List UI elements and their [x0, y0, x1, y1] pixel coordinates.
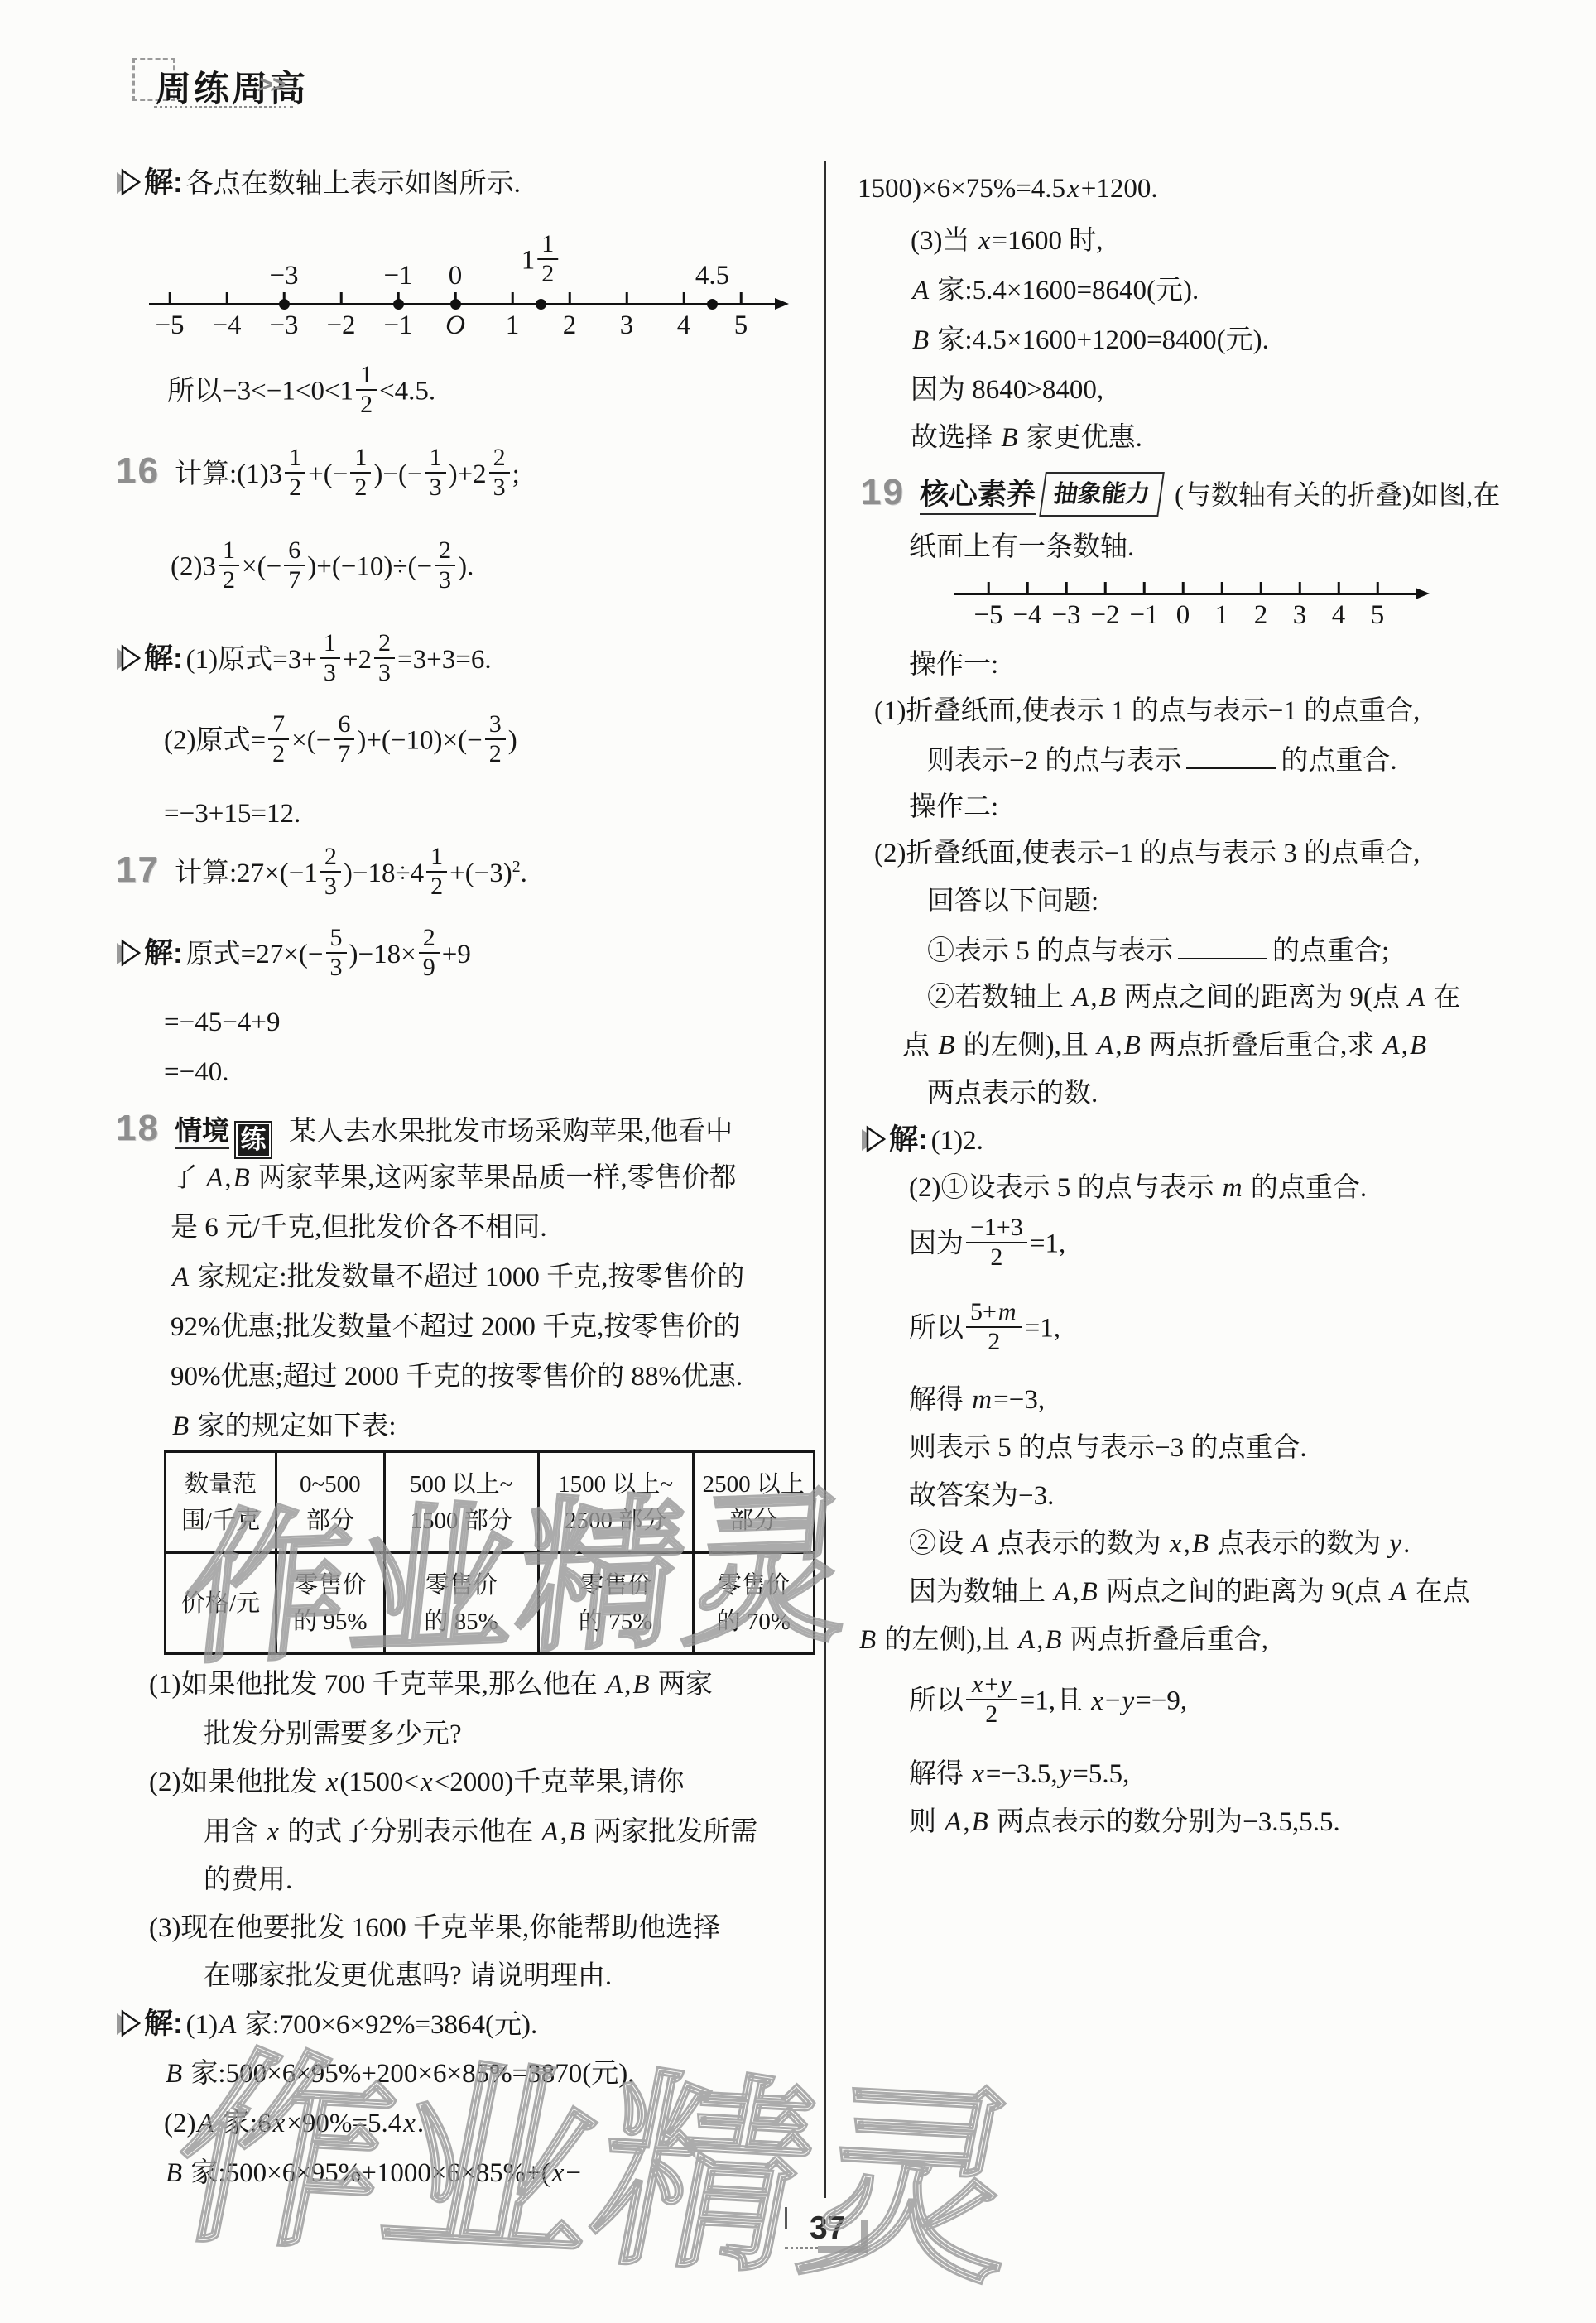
math-var: m: [997, 1298, 1018, 1325]
solution-16-step1: 解:(1)原式=3+13+223=3+3=6.: [116, 632, 492, 690]
problem-18-text: 90%优惠;超过 2000 千克的按零售价的 88%优惠.: [171, 1358, 743, 1396]
tick-label: 3: [620, 310, 634, 341]
table-cell-line: 的 75%: [543, 1604, 689, 1640]
math-var: y: [1120, 1686, 1136, 1716]
math-var: x: [977, 226, 993, 256]
problem-17-heading: 17计算:27×(−123)−18÷412+(−3)2.: [116, 846, 527, 904]
tick-mark: [988, 582, 990, 593]
math-var: x: [401, 2109, 417, 2138]
math-var: B: [164, 2059, 184, 2089]
solution-arrow-icon: [116, 2006, 141, 2044]
tick-label: −2: [1090, 600, 1119, 631]
table-cell-line: 2500 以上: [698, 1466, 810, 1503]
math-var: A: [218, 2010, 238, 2040]
tick-mark: [1377, 582, 1379, 593]
solution-18-continued: A 家:5.4×1600=8640(元).: [911, 272, 1199, 310]
tick-mark: [1182, 582, 1185, 593]
fraction: 12: [219, 536, 239, 594]
solution-18-step4: B 家:500×6×95%+1000×6×85%+(x−: [164, 2154, 581, 2192]
table-cell-line: 的 95%: [281, 1604, 379, 1640]
tick-mark: [1338, 582, 1340, 593]
math-var: y: [1058, 1759, 1074, 1789]
fraction: 72: [268, 710, 289, 768]
table-cell: 零售价的 70%: [693, 1553, 814, 1654]
solution-arrow-icon: [116, 935, 141, 974]
math-var: B: [631, 1670, 651, 1700]
problem-16-line2: (2)312×(−67)+(−10)÷(−23).: [171, 540, 474, 598]
math-var: m: [970, 1385, 993, 1415]
table-cell-line: 零售价: [543, 1567, 689, 1604]
problem-18-text: A 家规定:批发数量不超过 1000 千克,按零售价的: [171, 1258, 744, 1296]
tick-label: −3: [1051, 600, 1080, 631]
tick-label: −4: [212, 310, 241, 341]
problem-number: 19: [861, 472, 905, 512]
tick-label: 4: [1332, 600, 1346, 631]
math-var: x: [419, 1767, 435, 1797]
tick-mark: [740, 292, 743, 303]
math-var: A: [540, 1817, 560, 1847]
fraction: x+y2: [966, 1671, 1017, 1729]
math-var: B: [232, 1163, 252, 1193]
tick-label: −5: [973, 600, 1002, 631]
problem-18-text: B 家的规定如下表:: [171, 1407, 397, 1445]
solution-17-step2: =−45−4+9: [164, 1003, 280, 1041]
footer-bracket-left: [785, 2207, 787, 2229]
page-number: 37: [810, 2210, 845, 2247]
question-1-line: (1)如果他批发 700 千克苹果,那么他在 A,B 两家: [149, 1666, 713, 1704]
problem-19-heading: 19核心素养抽象能力(与数轴有关的折叠)如图,在: [861, 472, 1500, 517]
solution-18-continued: (3)当 x=1600 时,: [911, 222, 1103, 260]
math-var: A: [604, 1670, 624, 1700]
solution-18-step1: 解:(1)A 家:700×6×92%=3864(元).: [116, 2005, 537, 2044]
problem-number: 18: [116, 1108, 160, 1148]
problem-statement: 某人去水果批发市场采购苹果,他看中: [289, 1117, 733, 1147]
tick-mark: [626, 292, 628, 303]
tick-label: 0: [1176, 600, 1190, 631]
problem-16-heading: 16计算:(1)312+(−12)−(−13)+223;: [116, 447, 520, 505]
axis-line: [954, 593, 1417, 595]
point-dot: [536, 299, 546, 310]
problem-18-text: 是 6 元/千克,但批发价各不相同.: [171, 1209, 547, 1247]
solution-19-step: 因为−1+32=1,: [909, 1217, 1065, 1275]
fraction: 13: [425, 444, 446, 502]
core-literacy-badge: 核心素养: [920, 479, 1036, 515]
math-var: B: [911, 325, 930, 355]
tick-mark: [1104, 582, 1107, 593]
point-label: −3: [269, 261, 298, 291]
practice-badge: 练: [234, 1121, 272, 1159]
problem-statement: (与数轴有关的折叠)如图,在: [1175, 481, 1500, 511]
tick-label: 4: [677, 310, 691, 341]
problem-statement: 计算:27×(−123)−18÷412+(−3)2.: [175, 858, 527, 888]
math-var: x: [970, 1671, 984, 1698]
problem-18-text: 了 A,B 两家苹果,这两家苹果品质一样,零售价都: [171, 1159, 737, 1197]
solution-text: (1)A 家:700×6×92%=3864(元).: [186, 2010, 538, 2040]
table-cell-line: 围/千克: [170, 1503, 272, 1539]
math-var: x: [1168, 1529, 1184, 1559]
math-var: B: [1098, 983, 1118, 1012]
answer-blank: [1186, 740, 1276, 769]
fraction: 67: [284, 536, 305, 594]
question-3-line: (3)现在他要批发 1600 千克苹果,你能帮助他选择: [149, 1909, 720, 1947]
table-cell: 零售价的 95%: [276, 1553, 384, 1654]
math-var: y: [998, 1671, 1012, 1698]
problem-number: 17: [116, 849, 160, 890]
solution-19-step: 则表示 5 的点与表示−3 的点重合.: [909, 1429, 1307, 1467]
table-row: 价格/元 零售价的 95% 零售价的 85% 零售价的 75% 零售价的 70%: [166, 1553, 815, 1654]
table-cell: 0~500部分: [276, 1452, 384, 1553]
workbook-page: 周练周高 >> 作业精灵 作业精灵 解:各点在数轴上表示如图所示. −5−4−3…: [0, 0, 1596, 2323]
scene-badge: 情境: [175, 1115, 229, 1149]
tick-label: −3: [269, 310, 298, 341]
math-var: B: [858, 1625, 877, 1655]
math-var: B: [1190, 1529, 1210, 1559]
fraction: 12: [350, 444, 371, 502]
math-var: A: [1406, 983, 1426, 1012]
solution-19-step1: 解:(1)2.: [861, 1121, 983, 1160]
math-var: O: [444, 310, 467, 340]
page-footer: 37: [785, 2207, 866, 2253]
point-dot: [707, 299, 718, 310]
question-2-line: (2)如果他批发 x(1500<x<2000)千克苹果,请你: [149, 1763, 685, 1801]
tick-label: 5: [1371, 600, 1385, 631]
tick-mark: [1299, 582, 1301, 593]
solution-19-step: 所以5+m2=1,: [909, 1301, 1060, 1359]
math-var: x: [272, 2109, 287, 2138]
tick-mark: [569, 292, 571, 303]
math-var: A: [171, 1262, 190, 1292]
right-column: 1500)×6×75%=4.5x+1200. (3)当 x=1600 时, A …: [861, 0, 1573, 2323]
tick-mark: [169, 292, 171, 303]
solution-text: (1)2.: [931, 1126, 983, 1156]
table-cell-line: 数量范: [170, 1466, 272, 1503]
solution-text: 原式=27×(−53)−18×29+9: [186, 940, 471, 969]
tick-mark: [226, 292, 228, 303]
fraction: 29: [419, 924, 440, 982]
fraction: −1+32: [966, 1214, 1027, 1272]
answer-blank: [1178, 931, 1267, 959]
point-label: 112: [522, 233, 561, 291]
tick-mark: [1065, 582, 1068, 593]
solution-18-continued: 故选择 B 家更优惠.: [911, 419, 1142, 457]
tick-label: O: [444, 310, 467, 341]
solution-18-step3: (2)A 家:6x×90%=5.4x.: [164, 2104, 424, 2143]
tick-mark: [1260, 582, 1262, 593]
solution-arrow-icon: [861, 1122, 886, 1160]
solution-label: 解:: [144, 937, 183, 969]
question-line: 回答以下问题:: [927, 883, 1098, 921]
tick-mark: [340, 292, 343, 303]
tick-label: −1: [383, 310, 412, 341]
math-var: x: [265, 1817, 281, 1847]
math-var: B: [1408, 1031, 1428, 1060]
question-line: 则表示−2 的点与表示的点重合.: [927, 740, 1397, 780]
operation-2-label: 操作二:: [909, 788, 998, 826]
math-var: B: [164, 2158, 184, 2188]
footer-gray-corner: [818, 2246, 868, 2253]
tick-label: −2: [326, 310, 355, 341]
solution-19-step: 因为数轴上 A,B 两点之间的距离为 9(点 A 在点: [909, 1573, 1470, 1611]
solution-19-step: 解得 m=−3,: [909, 1381, 1045, 1419]
price-table: 数量范围/千克 0~500部分 500 以上~1500 部分 1500 以上~2…: [164, 1450, 815, 1655]
axis-line: [149, 303, 776, 305]
question-line: (2)折叠纸面,使表示−1 的点与表示 3 的点重合,: [874, 834, 1420, 873]
solution-16-step3: =−3+15=12.: [164, 795, 300, 833]
fraction: 5+m2: [966, 1298, 1022, 1356]
fraction: 23: [435, 536, 455, 594]
solution-text: (1)原式=3+13+223=3+3=6.: [186, 645, 492, 675]
solution-arrow-icon: [116, 641, 141, 679]
math-var: x: [970, 1759, 986, 1789]
problem-18-heading: 18情境练某人去水果批发市场采购苹果,他看中: [116, 1109, 733, 1159]
table-cell: 1500 以上~2500 部分: [538, 1452, 693, 1553]
solution-18-continued: 1500)×6×75%=4.5x+1200.: [858, 170, 1158, 208]
point-dot: [279, 299, 290, 310]
fraction: 13: [320, 629, 340, 687]
table-cell: 2500 以上部分: [693, 1452, 814, 1553]
table-cell-line: 500 以上~: [389, 1466, 534, 1503]
tick-mark: [1026, 582, 1029, 593]
tick-label: 1: [1215, 600, 1229, 631]
point-label: 0: [449, 261, 463, 291]
solution-18-continued: B 家:4.5×1600+1200=8400(元).: [911, 321, 1269, 359]
solution-19-step: 则 A,B 两点表示的数分别为−3.5,5.5.: [909, 1803, 1340, 1841]
left-column: 解:各点在数轴上表示如图所示. −5−4−3−2−1O12345−3−10112…: [116, 0, 815, 2323]
number-line-figure-19: −5−4−3−2−1012345: [944, 570, 1482, 637]
math-var: B: [1122, 1031, 1142, 1060]
math-var: B: [171, 1412, 190, 1441]
table-cell-line: 零售价: [281, 1567, 379, 1604]
math-var: B: [999, 423, 1019, 453]
point-dot: [393, 299, 404, 310]
math-var: B: [936, 1031, 956, 1060]
solution-19-step: (2)①设表示 5 的点与表示 m 的点重合.: [909, 1169, 1367, 1207]
tick-label: 3: [1293, 600, 1307, 631]
superscript: 2: [512, 858, 521, 876]
fraction: 12: [356, 361, 377, 419]
table-row: 数量范围/千克 0~500部分 500 以上~1500 部分 1500 以上~2…: [166, 1452, 815, 1553]
solution-17-step1: 解:原式=27×(−53)−18×29+9: [116, 927, 471, 985]
math-var: A: [970, 1529, 990, 1559]
solution-19-step: 解得 x=−3.5,y=5.5,: [909, 1755, 1129, 1793]
question-line: 点 B 的左侧),且 A,B 两点折叠后重合,求 A,B: [902, 1027, 1428, 1065]
math-var: m: [1221, 1173, 1244, 1203]
math-var: A: [911, 276, 930, 305]
math-var: B: [970, 1807, 990, 1837]
fraction: 67: [334, 710, 354, 768]
solution-15-line: 解:各点在数轴上表示如图所示.: [116, 164, 521, 203]
number-line-figure-15: −5−4−3−2−1O12345−3−101124.5: [149, 214, 803, 356]
question-line: ②若数轴上 A,B 两点之间的距离为 9(点 A 在: [927, 979, 1461, 1017]
solution-19-step: ②设 A 点表示的数为 x,B 点表示的数为 y.: [909, 1525, 1410, 1563]
fraction: 12: [537, 230, 558, 288]
math-var: B: [1079, 1577, 1099, 1607]
axis-arrow-icon: [775, 298, 789, 310]
abstract-ability-badge: 抽象能力: [1039, 472, 1165, 517]
table-cell-line: 部分: [698, 1503, 810, 1539]
table-cell: 零售价的 75%: [538, 1553, 693, 1654]
math-var: A: [1017, 1625, 1036, 1655]
fraction: 32: [485, 710, 506, 768]
math-var: A: [1052, 1577, 1072, 1607]
table-cell-line: 部分: [281, 1503, 379, 1539]
solution-text: 各点在数轴上表示如图所示.: [186, 169, 521, 199]
fraction: 23: [320, 843, 341, 901]
table-cell-line: 2500 部分: [543, 1503, 689, 1539]
solution-19-step: 所以x+y2=1,且 x−y=−9,: [909, 1674, 1187, 1732]
solution-label: 解:: [144, 642, 183, 675]
column-divider: [824, 161, 826, 2198]
solution-19-step: B 的左侧),且 A,B 两点折叠后重合,: [858, 1621, 1268, 1659]
problem-number: 16: [116, 450, 160, 491]
math-var: A: [943, 1807, 963, 1837]
table-cell-line: 零售价: [389, 1567, 534, 1604]
table-cell-line: 0~500: [281, 1466, 379, 1503]
table-cell-line: 的 70%: [698, 1604, 810, 1640]
math-var: A: [1095, 1031, 1115, 1060]
problem-19-text: 纸面上有一条数轴.: [909, 528, 1134, 566]
table-cell: 500 以上~1500 部分: [384, 1452, 538, 1553]
problem-statement: 计算:(1)312+(−12)−(−13)+223;: [175, 459, 520, 489]
fraction: 53: [326, 924, 347, 982]
table-cell: 价格/元: [166, 1553, 276, 1654]
table-cell-line: 零售价: [698, 1567, 810, 1604]
math-var: A: [1382, 1031, 1401, 1060]
solution-19-step: 故答案为−3.: [909, 1477, 1054, 1515]
tick-mark: [512, 292, 514, 303]
question-2-line: 的费用.: [204, 1861, 292, 1899]
tick-label: 1: [506, 310, 520, 341]
solution-18-continued: 因为 8640>8400,: [911, 371, 1103, 409]
axis-arrow-icon: [1416, 588, 1430, 599]
solution-label: 解:: [144, 2008, 183, 2040]
table-cell-line: 1500 以上~: [543, 1466, 689, 1503]
math-var: B: [567, 1817, 587, 1847]
math-var: A: [204, 1163, 224, 1193]
fraction: 12: [426, 843, 447, 901]
question-3-line: 在哪家批发更优惠吗? 请说明理由.: [204, 1957, 612, 1995]
math-var: y: [1388, 1529, 1404, 1559]
question-line: 两点表示的数.: [927, 1075, 1098, 1113]
operation-1-label: 操作一:: [909, 646, 998, 684]
solution-17-step3: =−40.: [164, 1053, 228, 1091]
solution-16-step2: (2)原式=72×(−67)+(−10)×(−32): [164, 714, 517, 772]
tick-label: 2: [563, 310, 577, 341]
tick-label: −1: [1129, 600, 1158, 631]
table-cell-line: 1500 部分: [389, 1503, 534, 1539]
math-var: A: [195, 2109, 215, 2138]
solution-18-step2: B 家:500×6×95%+200×6×85%=3870(元).: [164, 2055, 634, 2093]
question-1-line: 批发分别需要多少元?: [204, 1715, 462, 1753]
fraction: 23: [489, 444, 510, 502]
tick-mark: [1221, 582, 1223, 593]
tick-mark: [1143, 582, 1146, 593]
problem-18-text: 92%优惠;批发数量不超过 2000 千克,按零售价的: [171, 1308, 740, 1346]
solution-label: 解:: [144, 166, 183, 199]
tick-label: −4: [1012, 600, 1041, 631]
fraction: 12: [285, 444, 305, 502]
tick-mark: [683, 292, 685, 303]
math-var: x: [324, 1767, 340, 1797]
math-var: x: [1089, 1686, 1105, 1716]
point-label: 4.5: [695, 261, 729, 291]
table-cell-line: 价格/元: [170, 1585, 272, 1622]
math-var: A: [1388, 1577, 1408, 1607]
point-label: −1: [383, 261, 412, 291]
question-line: (1)折叠纸面,使表示 1 的点与表示−1 的点重合,: [874, 692, 1420, 730]
table-cell: 数量范围/千克: [166, 1452, 276, 1553]
tick-label: −5: [155, 310, 184, 341]
question-line: ①表示 5 的点与表示的点重合;: [927, 931, 1389, 970]
math-var: x: [550, 2158, 566, 2188]
fraction: 23: [374, 629, 395, 687]
math-var: B: [1043, 1625, 1063, 1655]
tick-label: 5: [734, 310, 748, 341]
table-cell-line: 的 85%: [389, 1604, 534, 1640]
solution-arrow-icon: [116, 165, 141, 203]
tick-label: 2: [1254, 600, 1268, 631]
math-var: A: [1070, 983, 1090, 1012]
question-2-line: 用含 x 的式子分别表示他在 A,B 两家批发所需: [204, 1813, 757, 1851]
conclusion-line: 所以−3<−1<0<112<4.5.: [167, 364, 435, 422]
math-var: x: [1065, 174, 1081, 204]
table-cell: 零售价的 85%: [384, 1553, 538, 1654]
solution-label: 解:: [889, 1123, 928, 1156]
point-dot: [450, 299, 461, 310]
